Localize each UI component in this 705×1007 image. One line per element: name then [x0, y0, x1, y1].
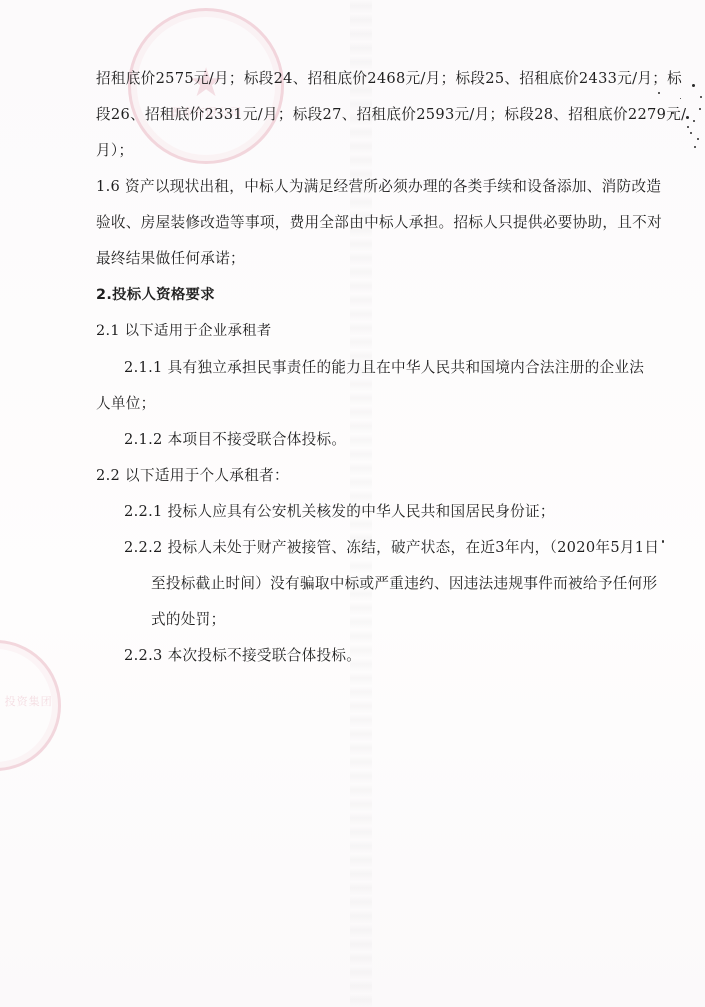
stamp-text: 投资集团 — [2, 693, 56, 709]
paragraph-line: 式的处罚； — [151, 610, 225, 630]
paragraph-line: 段26、招租底价2331元/月；标段27、招租底价2593元/月；标段28、招租… — [96, 105, 686, 125]
paragraph-line: 2.1.2 本项目不接受联合体投标。 — [124, 430, 346, 450]
scanned-document-page: ★ 置业有限公司 投资集团 招租底价2575元/月；标段24、招租底价2468元… — [0, 0, 705, 1007]
subsection-heading: 2.1 以下适用于企业承租者 — [96, 321, 272, 341]
red-seal-stamp-left: 投资集团 — [0, 640, 61, 771]
paragraph-line: 人单位； — [96, 394, 156, 414]
subsection-heading: 2.2 以下适用于个人承租者： — [96, 466, 289, 486]
paragraph-line: 最终结果做任何承诺； — [96, 249, 245, 269]
paragraph-line: 验收、房屋装修改造等事项，费用全部由中标人承担。招标人只提供必要协助，且不对 — [96, 213, 662, 233]
paragraph-line: 月）； — [96, 141, 133, 161]
paragraph-line: 1.6 资产以现状出租，中标人为满足经营所必须办理的各类手续和设备添加、消防改造 — [96, 177, 661, 197]
paragraph-line: 2.1.1 具有独立承担民事责任的能力且在中华人民共和国境内合法注册的企业法 — [124, 358, 644, 378]
paragraph-line: 2.2.2 投标人未处于财产被接管、冻结，破产状态，在近3年内，（2020年5月… — [124, 538, 659, 558]
paragraph-line: 至投标截止时间）没有骗取中标或严重违约、因违法违规事件而被给予任何形 — [151, 574, 657, 594]
paragraph-line: 招租底价2575元/月；标段24、招租底价2468元/月；标段25、招租底价24… — [96, 69, 682, 89]
paragraph-line: 2.2.3 本次投标不接受联合体投标。 — [124, 646, 361, 666]
section-heading: 2.投标人资格要求 — [96, 285, 215, 305]
paragraph-line: 2.2.1 投标人应具有公安机关核发的中华人民共和国居民身份证； — [124, 502, 555, 522]
